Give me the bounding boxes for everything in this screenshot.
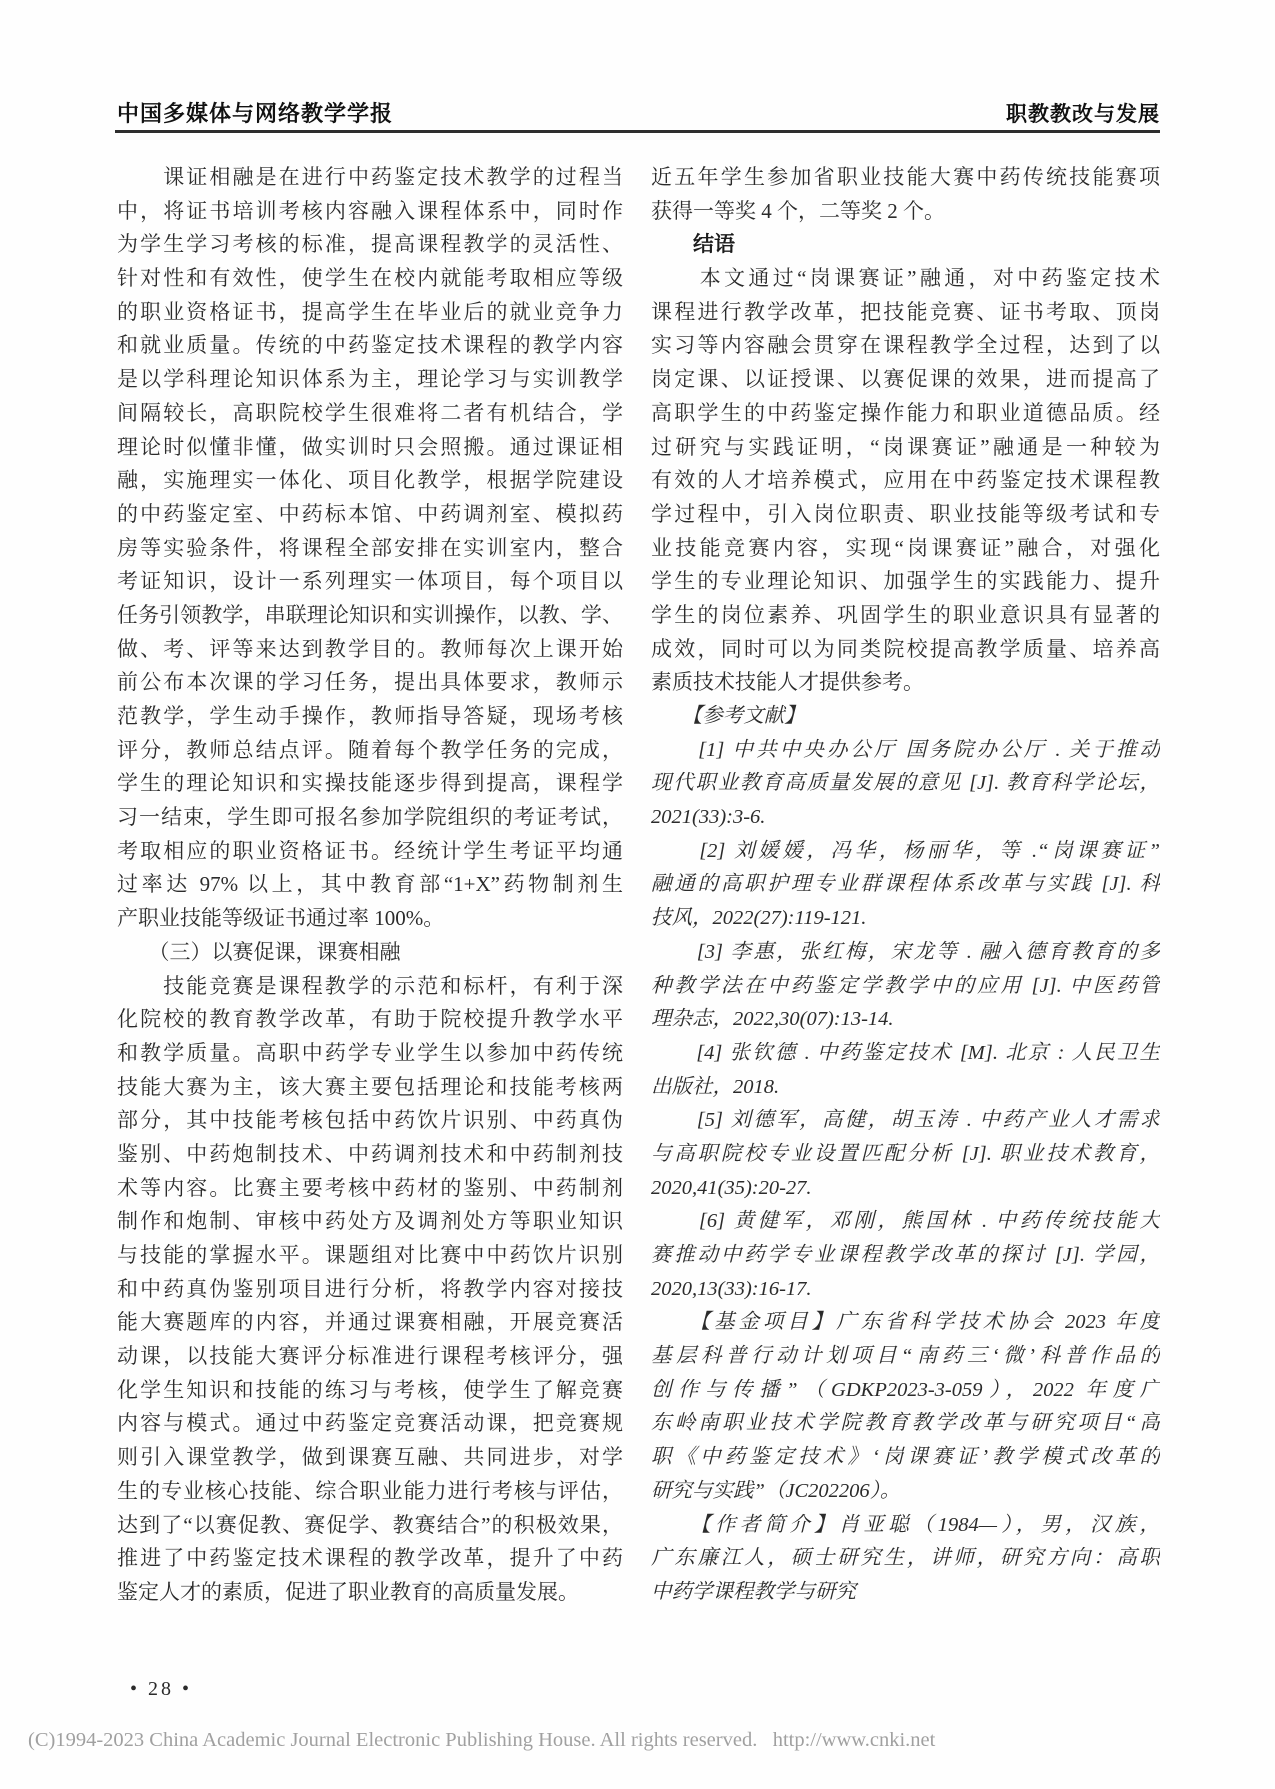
page-number: • 28 • (130, 1678, 192, 1701)
text-line: 学生的岗位素养、巩固学生的职业意识具有显著的 (651, 599, 1160, 633)
text-line: 和就业质量。传统的中药鉴定技术课程的教学内容 (117, 329, 623, 363)
journal-title: 中国多媒体与网络教学学报 (117, 97, 393, 128)
text-line: 中，将证书培训考核内容融入课程体系中，同时作 (117, 195, 623, 229)
text-line: 【基金项目】广东省科学技术协会 2023 年度 (651, 1306, 1160, 1340)
text-line: 理论时似懂非懂，做实训时只会照搬。通过课证相 (117, 431, 623, 465)
text-line: [3] 李惠，张红梅，宋龙等 . 融入德育教育的多 (651, 936, 1160, 970)
text-line: 部分，其中技能考核包括中药饮片识别、中药真伪 (117, 1104, 623, 1138)
text-line: 广东廉江人，硕士研究生，讲师，研究方向：高职 (651, 1542, 1160, 1576)
text-line: 创作与传播”（GDKP2023-3-059），2022 年度广 (651, 1374, 1160, 1408)
text-line: 过研究与实践证明，“岗课赛证”融通是一种较为 (651, 431, 1160, 465)
text-line: 本文通过“岗课赛证”融通，对中药鉴定技术 (651, 262, 1160, 296)
text-line: 任务引领教学，串联理论知识和实训操作，以教、学、 (117, 599, 623, 633)
text-line: [2] 刘媛媛，冯华，杨丽华，等 .“岗课赛证” (651, 835, 1160, 869)
text-line: 岗定课、以证授课、以赛促课的效果，进而提高了 (651, 363, 1160, 397)
text-line: 技能竞赛是课程教学的示范和标杆，有利于深 (117, 970, 623, 1004)
text-line: 推进了中药鉴定技术课程的教学改革，提升了中药 (117, 1542, 623, 1576)
text-line: （三）以赛促课，课赛相融 (117, 936, 623, 970)
text-line: 职《中药鉴定技术》‘岗课赛证’教学模式改革的 (651, 1441, 1160, 1475)
copyright-line: (C)1994-2023 China Academic Journal Elec… (28, 1729, 935, 1752)
text-line: 评分，教师总结点评。随着每个教学任务的完成， (117, 734, 623, 768)
text-line: 研究与实践”（JC202206）。 (651, 1475, 1160, 1509)
text-line: 2020,41(35):20-27. (651, 1172, 1160, 1206)
text-line: 种教学法在中药鉴定学教学中的应用 [J]. 中医药管 (651, 970, 1160, 1004)
text-line: 技能大赛为主，该大赛主要包括理论和技能考核两 (117, 1071, 623, 1105)
text-line: 生的专业核心技能、综合职业能力进行考核与评估， (117, 1475, 623, 1509)
text-line: 【作者简介】肖亚聪（1984—），男，汉族， (651, 1509, 1160, 1543)
text-line: 东岭南职业技术学院教育教学改革与研究项目“高 (651, 1407, 1160, 1441)
text-line: 则引入课堂教学，做到课赛互融、共同进步，对学 (117, 1441, 623, 1475)
page-header: 中国多媒体与网络教学学报 职教教改与发展 (117, 97, 1160, 123)
text-line: 【参考文献】 (651, 700, 1160, 734)
text-line: 学过程中，引入岗位职责、职业技能等级考试和专 (651, 498, 1160, 532)
header-rule (115, 130, 1160, 133)
text-line: 课程进行教学改革，把技能竞赛、证书考取、顶岗 (651, 296, 1160, 330)
text-line: 的职业资格证书，提高学生在毕业后的就业竞争力 (117, 296, 623, 330)
text-line: 赛推动中药学专业课程教学改革的探讨 [J]. 学园， (651, 1239, 1160, 1273)
text-line: 是以学科理论知识体系为主，理论学习与实训教学 (117, 363, 623, 397)
text-line: 学生的专业理论知识、加强学生的实践能力、提升 (651, 565, 1160, 599)
text-line: 理杂志，2022,30(07):13-14. (651, 1003, 1160, 1037)
text-line: 做、考、评等来达到教学目的。教师每次上课开始 (117, 633, 623, 667)
text-line: 鉴别、中药炮制技术、中药调剂技术和中药制剂技 (117, 1138, 623, 1172)
text-line: 2021(33):3-6. (651, 801, 1160, 835)
text-line: [4] 张钦德 . 中药鉴定技术 [M]. 北京 : 人民卫生 (651, 1037, 1160, 1071)
text-line: 过率达 97% 以上，其中教育部“1+X”药物制剂生 (117, 868, 623, 902)
text-line: 为学生学习考核的标准，提高课程教学的灵活性、 (117, 228, 623, 262)
text-line: 基层科普行动计划项目“南药三‘微’科普作品的 (651, 1340, 1160, 1374)
text-line: [1] 中共中央办公厅 国务院办公厅 . 关于推动 (651, 734, 1160, 768)
text-line: 化学生知识和技能的练习与考核，使学生了解竞赛 (117, 1374, 623, 1408)
text-line: 有效的人才培养模式，应用在中药鉴定技术课程教 (651, 464, 1160, 498)
text-line: 动课，以技能大赛评分标准进行课程考核评分，强 (117, 1340, 623, 1374)
text-line: 实习等内容融会贯穿在课程教学全过程，达到了以 (651, 329, 1160, 363)
text-line: 习一结束，学生即可报名参加学院组织的考证考试， (117, 801, 623, 835)
text-line: 达到了“以赛促教、赛促学、教赛结合”的积极效果， (117, 1509, 623, 1543)
text-line: 前公布本次课的学习任务，提出具体要求，教师示 (117, 666, 623, 700)
text-line: [6] 黄健军，邓刚，熊国林 . 中药传统技能大 (651, 1205, 1160, 1239)
text-line: 高职学生的中药鉴定操作能力和职业道德品质。经 (651, 397, 1160, 431)
text-line: 制作和炮制、审核中药处方及调剂处方等职业知识 (117, 1205, 623, 1239)
text-line: 房等实验条件，将课程全部安排在实训室内，整合 (117, 532, 623, 566)
text-line: 考取相应的职业资格证书。经统计学生考证平均通 (117, 835, 623, 869)
text-line: 学生的理论知识和实操技能逐步得到提高，课程学 (117, 767, 623, 801)
text-line: 和中药真伪鉴别项目进行分析，将教学内容对接技 (117, 1273, 623, 1307)
text-line: 课证相融是在进行中药鉴定技术教学的过程当 (117, 161, 623, 195)
text-line: 业技能竞赛内容，实现“岗课赛证”融合，对强化 (651, 532, 1160, 566)
text-line: 针对性和有效性，使学生在校内就能考取相应等级 (117, 262, 623, 296)
text-line: 成效，同时可以为同类院校提高教学质量、培养高 (651, 633, 1160, 667)
text-line: 2020,13(33):16-17. (651, 1273, 1160, 1307)
text-line: 产职业技能等级证书通过率 100%。 (117, 902, 623, 936)
text-line: 与技能的掌握水平。课题组对比赛中中药饮片识别 (117, 1239, 623, 1273)
text-line: 获得一等奖 4 个，二等奖 2 个。 (651, 195, 1160, 229)
right-column: 近五年学生参加省职业技能大赛中药传统技能赛项获得一等奖 4 个，二等奖 2 个。… (651, 161, 1160, 1610)
text-line: [5] 刘德军，高健，胡玉涛 . 中药产业人才需求 (651, 1104, 1160, 1138)
text-line: 融通的高职护理专业群课程体系改革与实践 [J]. 科 (651, 868, 1160, 902)
text-line: 出版社，2018. (651, 1071, 1160, 1105)
text-line: 技风，2022(27):119-121. (651, 902, 1160, 936)
text-line: 化院校的教育教学改革，有助于院校提升教学水平 (117, 1003, 623, 1037)
text-line: 结语 (651, 228, 1160, 262)
text-line: 近五年学生参加省职业技能大赛中药传统技能赛项 (651, 161, 1160, 195)
text-line: 与高职院校专业设置匹配分析 [J]. 职业技术教育， (651, 1138, 1160, 1172)
left-column: 课证相融是在进行中药鉴定技术教学的过程当中，将证书培训考核内容融入课程体系中，同… (117, 161, 623, 1610)
text-line: 素质技术技能人才提供参考。 (651, 666, 1160, 700)
section-title: 职教教改与发展 (1006, 98, 1160, 128)
text-line: 间隔较长，高职院校学生很难将二者有机结合，学 (117, 397, 623, 431)
text-line: 中药学课程教学与研究 (651, 1576, 1160, 1610)
text-line: 现代职业教育高质量发展的意见 [J]. 教育科学论坛， (651, 767, 1160, 801)
text-line: 范教学，学生动手操作，教师指导答疑，现场考核 (117, 700, 623, 734)
text-line: 鉴定人才的素质，促进了职业教育的高质量发展。 (117, 1576, 623, 1610)
text-line: 能大赛题库的内容，并通过课赛相融，开展竞赛活 (117, 1306, 623, 1340)
text-line: 和教学质量。高职中药学专业学生以参加中药传统 (117, 1037, 623, 1071)
journal-page: 中国多媒体与网络教学学报 职教教改与发展 课证相融是在进行中药鉴定技术教学的过程… (0, 0, 1275, 1789)
text-line: 的中药鉴定室、中药标本馆、中药调剂室、模拟药 (117, 498, 623, 532)
text-line: 考证知识，设计一系列理实一体项目，每个项目以 (117, 565, 623, 599)
text-line: 融，实施理实一体化、项目化教学，根据学院建设 (117, 464, 623, 498)
text-line: 术等内容。比赛主要考核中药材的鉴别、中药制剂 (117, 1172, 623, 1206)
text-line: 内容与模式。通过中药鉴定竞赛活动课，把竞赛规 (117, 1407, 623, 1441)
